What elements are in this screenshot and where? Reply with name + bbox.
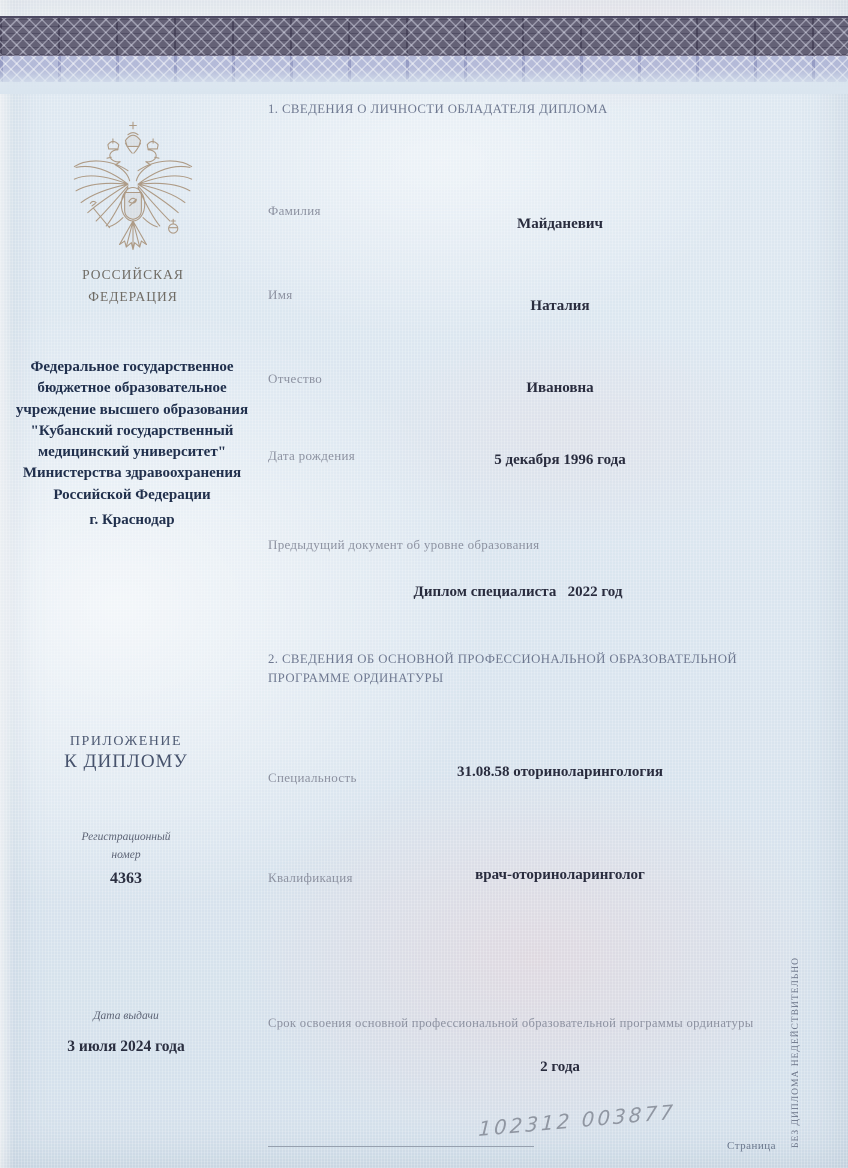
duration-label: Срок освоения основной профессиональной … — [268, 1016, 798, 1031]
country-line1: РОССИЙСКАЯ — [33, 264, 233, 286]
registration-number-label: Регистрационный номер — [20, 829, 232, 865]
surname-value: Майданевич — [300, 216, 820, 233]
appendix-title-line1: ПРИЛОЖЕНИЕ — [20, 734, 232, 750]
institution-name: Федеральное государственное бюджетное об… — [8, 357, 256, 506]
patronymic-value: Ивановна — [300, 380, 820, 397]
specialty-value: 31.08.58 оториноларингология — [300, 764, 820, 781]
firstname-value: Наталия — [300, 298, 820, 315]
birthdate-value: 5 декабря 1996 года — [300, 452, 820, 469]
duration-value: 2 года — [300, 1059, 820, 1076]
guilloche-band — [0, 8, 848, 82]
signature-line — [268, 1146, 534, 1147]
issue-date-label: Дата выдачи — [20, 1010, 232, 1022]
country-name: РОССИЙСКАЯ ФЕДЕРАЦИЯ — [33, 264, 233, 307]
russian-coat-of-arms-icon — [66, 116, 200, 264]
page-label: Страница — [727, 1140, 776, 1152]
handwritten-serial-number: 102312 003877 — [478, 1095, 728, 1141]
institution-city: г. Краснодар — [8, 512, 256, 529]
previous-document-value: Диплом специалиста 2022 год — [258, 584, 778, 601]
edge-validity-text: БЕЗ ДИПЛОМА НЕДЕЙСТВИТЕЛЬНО — [791, 898, 801, 1148]
qualification-value: врач-оториноларинголог — [300, 867, 820, 884]
registration-number-value: 4363 — [20, 870, 232, 888]
section1-title: 1. СВЕДЕНИЯ О ЛИЧНОСТИ ОБЛАДАТЕЛЯ ДИПЛОМ… — [268, 100, 790, 119]
diploma-supplement-page: РОССИЙСКАЯ ФЕДЕРАЦИЯ Федеральное государ… — [0, 0, 848, 1168]
country-line2: ФЕДЕРАЦИЯ — [33, 286, 233, 308]
section2-title: 2. СВЕДЕНИЯ ОБ ОСНОВНОЙ ПРОФЕССИОНАЛЬНОЙ… — [268, 650, 790, 688]
appendix-title-line2: К ДИПЛОМУ — [20, 751, 232, 773]
issue-date-value: 3 июля 2024 года — [8, 1038, 244, 1056]
guilloche-band-fade — [0, 68, 848, 94]
firstname-label: Имя — [268, 287, 293, 303]
guilloche-band-dark — [0, 16, 848, 56]
previous-document-label: Предыдущий документ об уровне образовани… — [268, 537, 539, 553]
